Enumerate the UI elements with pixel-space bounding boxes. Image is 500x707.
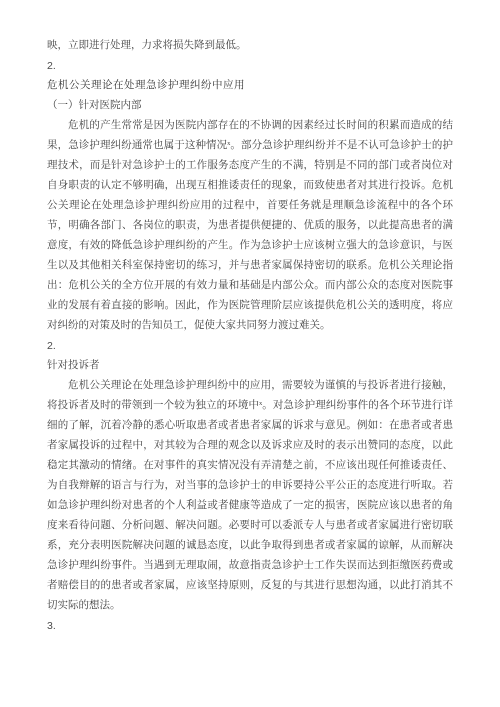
list-number-section-2: 2. <box>47 56 453 76</box>
subsection-heading-hospital-internal: （一）针对医院内部 <box>47 96 453 116</box>
paragraph-complainants: 危机公关理论在处理急诊护理纠纷中的应用，需要较为谨慎的与投诉者进行接触，将投诉者… <box>47 376 453 616</box>
list-number-section-3: 3. <box>47 616 453 636</box>
paragraph-hospital-internal: 危机的产生常常是因为医院内部存在的不协调的因素经过长时间的积累而造成的结果，急诊… <box>47 116 453 336</box>
paragraph-continuation: 映，立即进行处理，力求将损失降到最低。 <box>47 36 453 56</box>
list-number-subsection-2: 2. <box>47 336 453 356</box>
subsection-heading-complainants: 针对投诉者 <box>47 356 453 376</box>
document-page: 映，立即进行处理，力求将损失降到最低。 2. 危机公关理论在处理急诊护理纠纷中应… <box>0 0 500 707</box>
section-heading: 危机公关理论在处理急诊护理纠纷中应用 <box>47 76 453 96</box>
